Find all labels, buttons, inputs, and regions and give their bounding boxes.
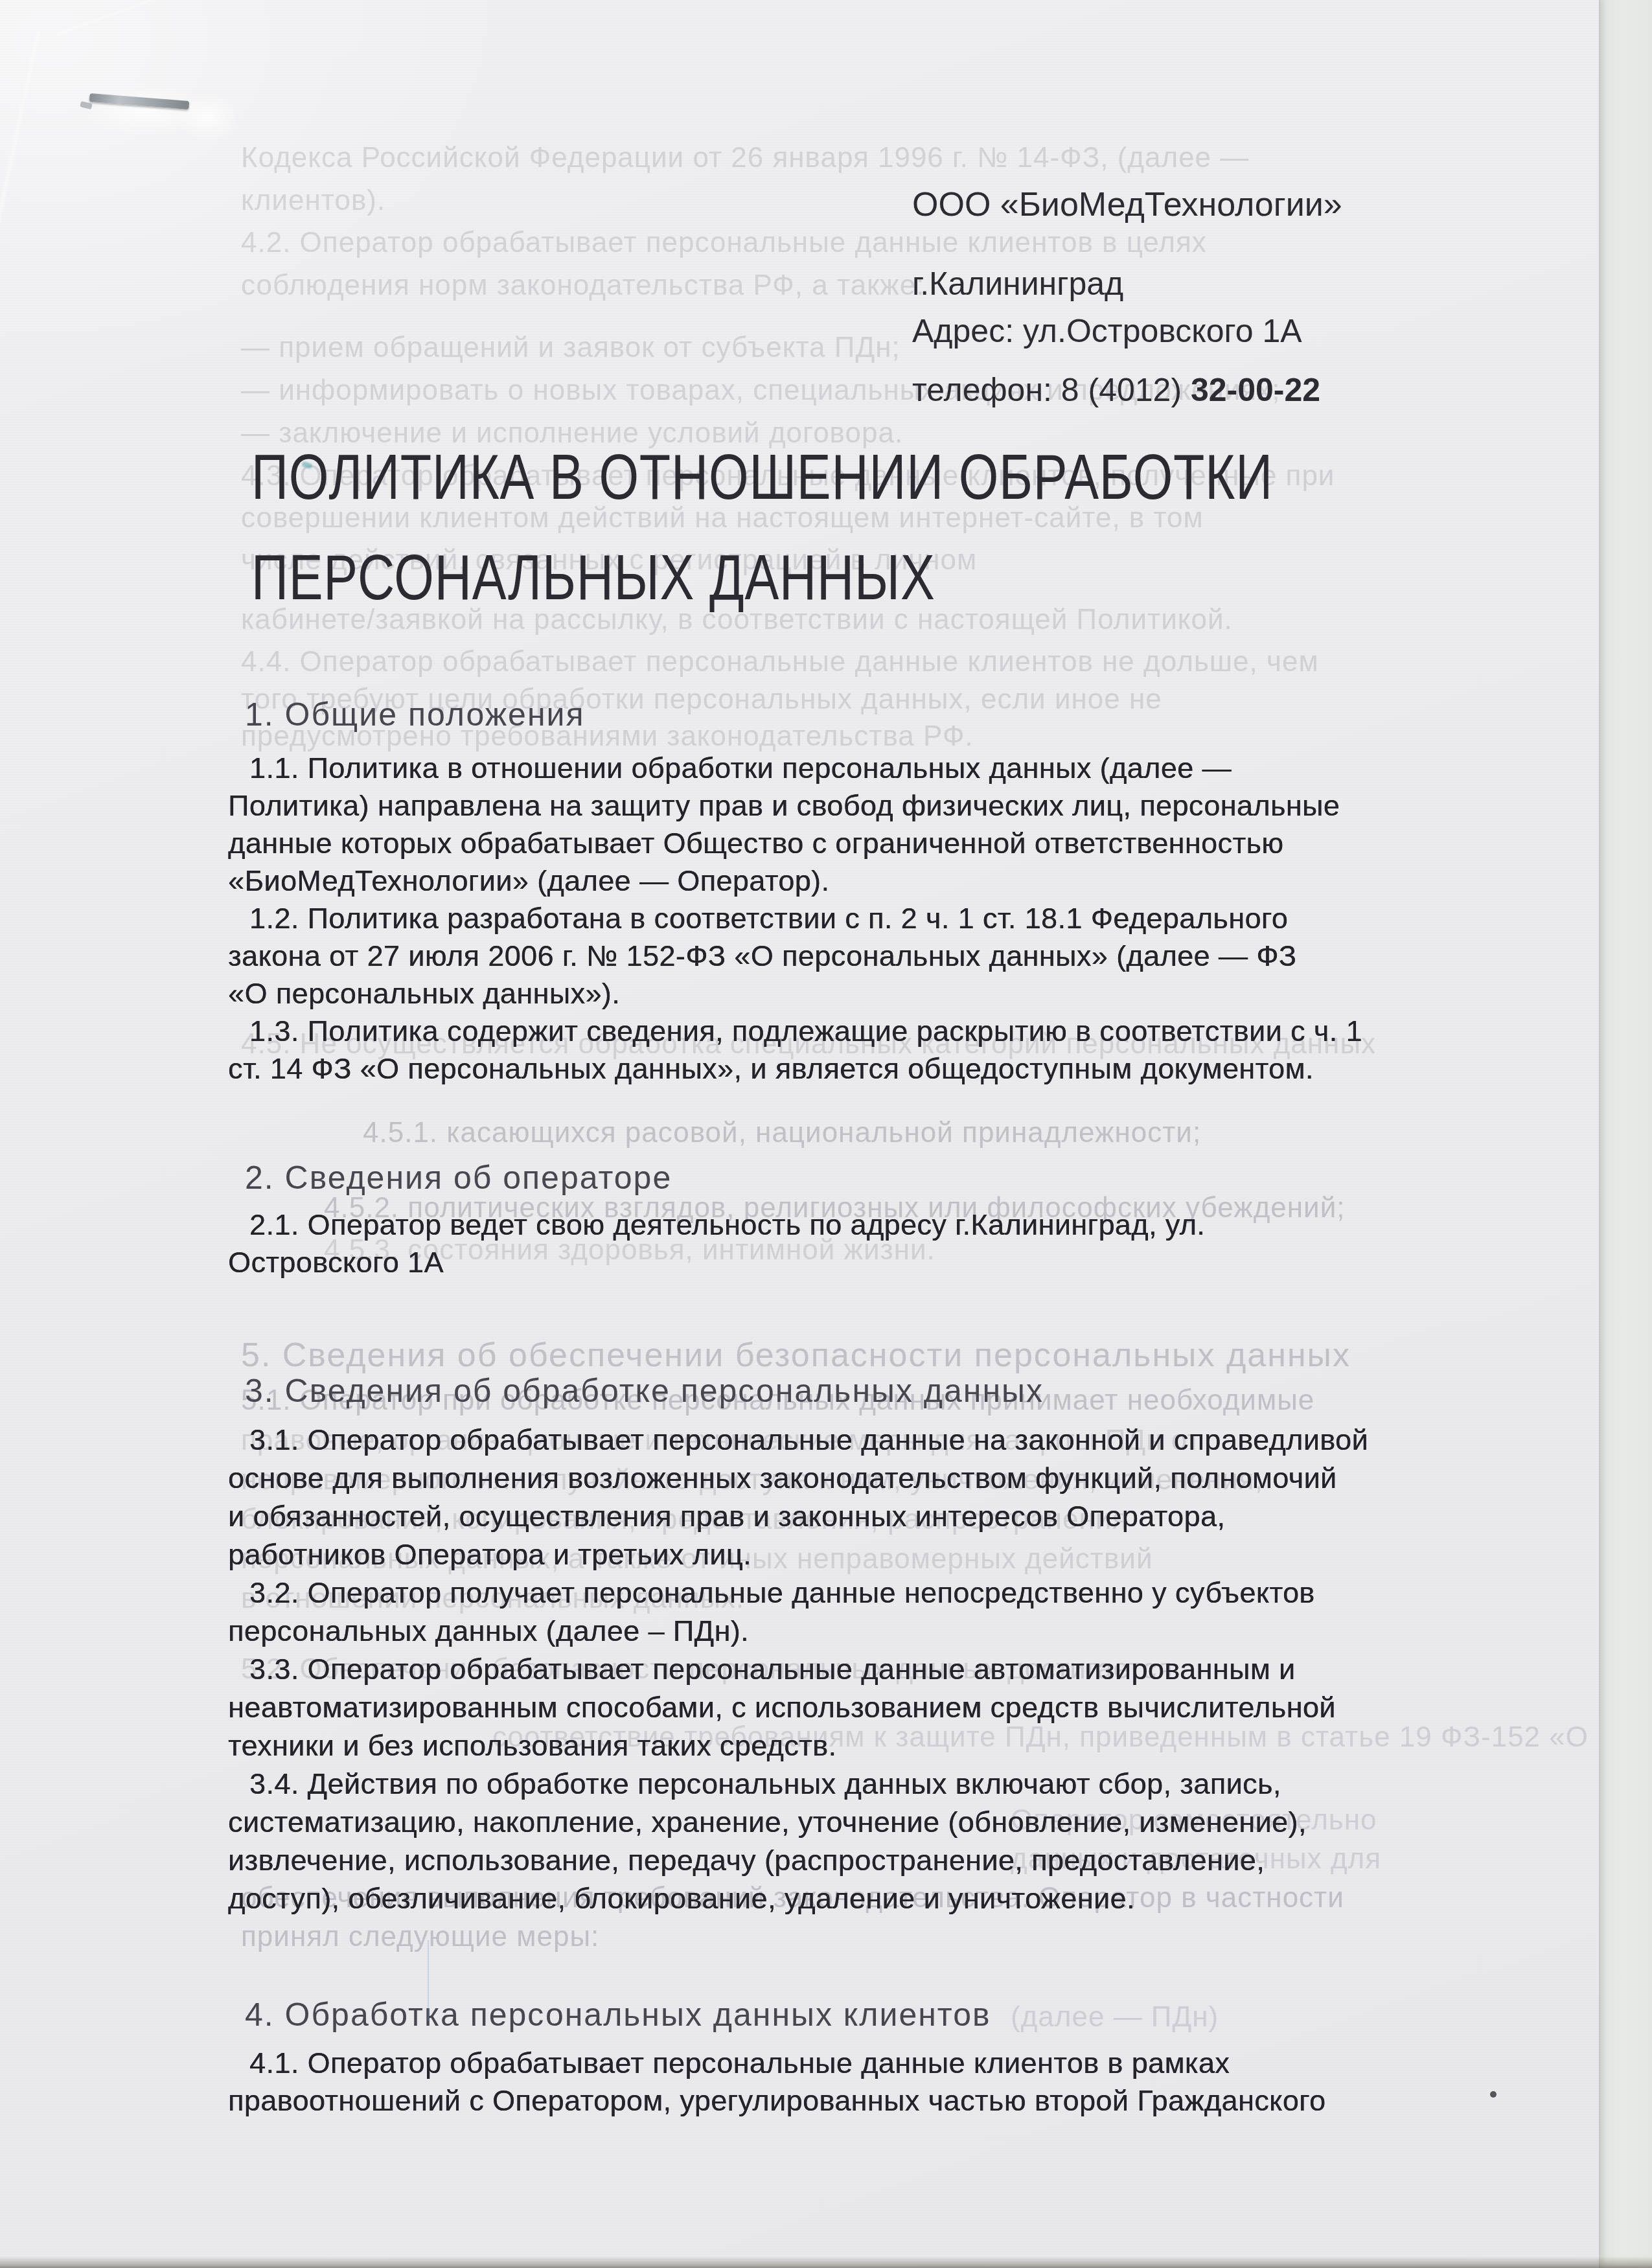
body-text-line: «О персональных данных»).: [228, 979, 620, 1008]
bleed-through-line: 5. Сведения об обеспечении безопасности …: [241, 1338, 1351, 1372]
section-heading: 1. Общие положения: [245, 698, 585, 731]
section-heading: 4. Обработка персональных данных клиенто…: [245, 1999, 991, 2031]
company-city: г.Калининград: [912, 268, 1123, 300]
bleed-through-line: клиентов).: [241, 187, 385, 215]
company-phone: телефон: 8 (4012) 32-00-22: [912, 374, 1320, 406]
body-text-line: ст. 14 ФЗ «О персональных данных», и явл…: [228, 1054, 1314, 1083]
paper-crease-diagonal: [57, 0, 155, 35]
body-text-line: закона от 27 июля 2006 г. № 152-ФЗ «О пе…: [228, 941, 1296, 970]
body-text-line: 2.1. Оператор ведет свою деятельность по…: [249, 1210, 1205, 1239]
document-title-line-2: ПЕРСОНАЛЬНЫХ ДАННЫХ: [251, 545, 935, 609]
bleed-through-line: (далее — ПДн): [1011, 2003, 1219, 2032]
scan-scratch-blue: [428, 1940, 429, 2021]
body-text-line: работников Оператора и третьих лиц.: [228, 1540, 751, 1569]
body-text-line: Политика) направлена на защиту прав и св…: [228, 791, 1340, 820]
body-text-line: 3.3. Оператор обрабатывает персональные …: [249, 1655, 1295, 1684]
paper-sheet: Кодекса Российской Федерации от 26 январ…: [0, 0, 1600, 2268]
bleed-through-line: 4.5.1. касающихся расовой, национальной …: [363, 1119, 1201, 1147]
body-text-line: извлечение, использование, передачу (рас…: [228, 1846, 1265, 1875]
phone-prefix: телефон: 8 (4012): [912, 372, 1191, 408]
bleed-through-line: соблюдения норм законодательства РФ, а т…: [241, 271, 924, 300]
body-text-line: правоотношений с Оператором, урегулирова…: [228, 2086, 1325, 2115]
company-address: Адрес: ул.Островского 1А: [912, 315, 1302, 347]
body-text-line: персональных данных (далее – ПДн).: [228, 1616, 749, 1645]
body-text-line: Островского 1А: [228, 1248, 444, 1277]
bleed-through-line: Кодекса Российской Федерации от 26 январ…: [241, 144, 1249, 172]
body-text-line: 1.3. Политика содержит сведения, подлежа…: [249, 1016, 1362, 1046]
company-name: ООО «БиоМедТехнологии»: [912, 188, 1342, 222]
scan-bottom-shadow: [0, 2256, 1652, 2268]
body-text-line: доступ), обезличивание, блокирование, уд…: [228, 1884, 1135, 1913]
section-heading: 2. Сведения об операторе: [245, 1162, 672, 1194]
bleed-through-line: 4.2. Оператор обрабатывает персональные …: [241, 229, 1207, 257]
body-text-line: и обязанностей, осуществления прав и зак…: [228, 1502, 1225, 1531]
body-text-line: 4.1. Оператор обрабатывает персональные …: [249, 2048, 1230, 2078]
body-text-line: 1.2. Политика разработана в соответствии…: [249, 904, 1288, 933]
body-text-line: 3.4. Действия по обработке персональных …: [249, 1769, 1281, 1798]
body-text-line: систематизацию, накопление, хранение, ут…: [228, 1807, 1307, 1837]
bleed-through-line: 4.4. Оператор обрабатывает персональные …: [241, 648, 1319, 676]
bleed-through-line: — прием обращений и заявок от субъекта П…: [241, 334, 901, 362]
phone-number-bold: 32-00-22: [1191, 372, 1320, 408]
body-text-line: техники и без использования таких средст…: [228, 1731, 836, 1760]
body-text-line: 3.1. Оператор обрабатывает персональные …: [249, 1425, 1368, 1454]
section-heading: 3. Сведения об обработке персональных да…: [245, 1375, 1044, 1407]
scanner-background-strip: [1598, 0, 1652, 2268]
body-text-line: 1.1. Политика в отношении обработки перс…: [249, 753, 1232, 783]
body-text-line: «БиоМедТехнологии» (далее — Оператор).: [228, 866, 829, 895]
dust-speck: [1490, 2091, 1497, 2098]
body-text-line: неавтоматизированным способами, с исполь…: [228, 1693, 1336, 1722]
scanned-document-screenshot: { "page": { "header": { "company": "ООО …: [0, 0, 1652, 2268]
body-text-line: основе для выполнения возложенных законо…: [228, 1463, 1337, 1493]
staple-emboss-highlight-2: [165, 84, 249, 149]
document-title-line-1: ПОЛИТИКА В ОТНОШЕНИИ ОБРАБОТКИ: [251, 444, 1273, 509]
body-text-line: 3.2. Оператор получает персональные данн…: [249, 1578, 1315, 1607]
paper-crease-vertical: [0, 31, 40, 317]
body-text-line: данные которых обрабатывает Общество с о…: [228, 829, 1283, 858]
bleed-through-line: принял следующие меры:: [241, 1923, 599, 1951]
